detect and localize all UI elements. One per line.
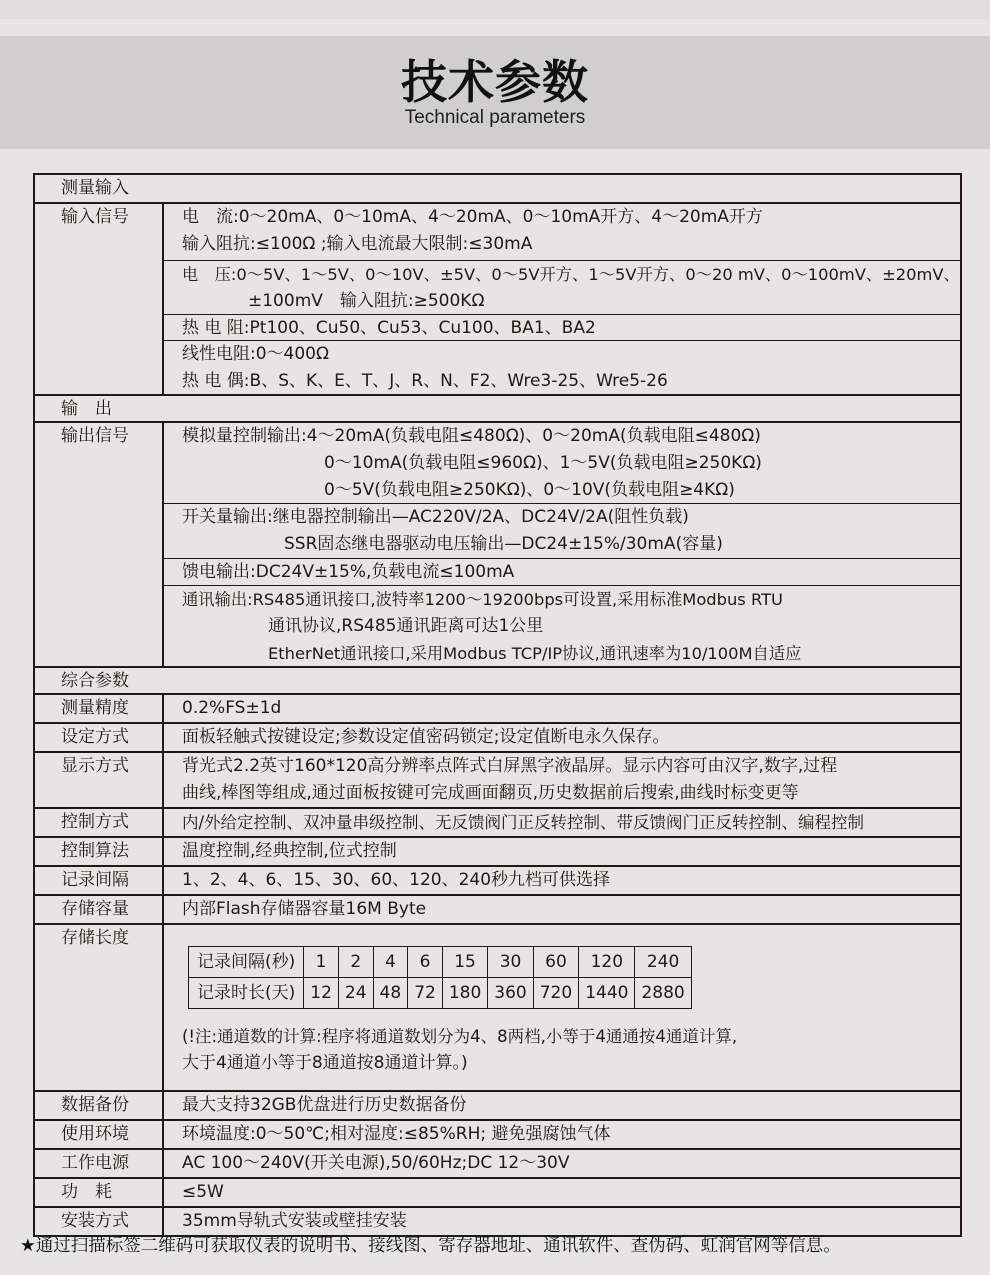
row-label: 功 耗 (35, 1179, 164, 1206)
text-line: 通讯协议,RS485通讯距离可达1公里 (182, 613, 960, 640)
text-line: 输入阻抗:≤100Ω ;输入电流最大限制:≤30mA (182, 231, 960, 258)
row-data-backup: 数据备份 最大支持32GB优盘进行历史数据备份 (35, 1090, 960, 1119)
row-label: 记录间隔 (35, 867, 164, 894)
text-line: EtherNet通讯接口,采用Modbus TCP/IP协议,通讯速率为10/1… (182, 640, 960, 667)
row-label: 控制算法 (35, 838, 164, 865)
table-cell: 2 (338, 947, 373, 978)
text-line: 0～5V(负载电阻≥250KΩ)、0～10V(负载电阻≥4KΩ) (182, 477, 960, 504)
text-line: 曲线,棒图等组成,通过面板按键可完成画面翻页,历史数据前后搜索,曲线时标变更等 (182, 780, 960, 807)
table-cell: 2880 (635, 978, 691, 1009)
page-subtitle: Technical parameters (0, 106, 990, 130)
text-line: 通讯输出:RS485通讯接口,波特率1200～19200bps可设置,采用标准M… (182, 586, 960, 613)
row-label: 使用环境 (35, 1121, 164, 1148)
table-cell: 12 (304, 978, 339, 1009)
row-value: 面板轻触式按键设定;参数设定值密码锁定;设定值断电永久保存。 (164, 724, 960, 751)
section-input: 测量输入 (35, 175, 960, 202)
row-label: 工作电源 (35, 1150, 164, 1177)
row-value: 模拟量控制输出:4～20mA(负载电阻≤480Ω)、0～20mA(负载电阻≤48… (164, 423, 960, 666)
row-label: 测量精度 (35, 695, 164, 722)
row-label: 设定方式 (35, 724, 164, 751)
row-control-mode: 控制方式 内/外给定控制、双冲量串级控制、无反馈阀门正反转控制、带反馈阀门正反转… (35, 807, 960, 836)
table-cell: 30 (488, 947, 533, 978)
section-general: 综合参数 (35, 666, 960, 693)
row-value: 温度控制,经典控制,位式控制 (164, 838, 960, 865)
text-line: 线性电阻:0～400Ω (182, 341, 960, 368)
text-line: SSR固态继电器驱动电压输出—DC24±15%/30mA(容量) (182, 531, 960, 558)
row-input-signal: 输入信号 电 流:0～20mA、0～10mA、4～20mA、0～10mA开方、4… (35, 202, 960, 394)
input-rtd-block: 热 电 阻:Pt100、Cu50、Cu53、Cu100、BA1、BA2 (164, 314, 960, 340)
table-cell: 1440 (579, 978, 635, 1009)
input-current-block: 电 流:0～20mA、0～10mA、4～20mA、0～10mA开方、4～20mA… (164, 204, 960, 260)
text-line: 热 电 偶:B、S、K、E、T、J、R、N、F2、Wre3-25、Wre5-26 (182, 368, 960, 395)
table-cell: 720 (533, 978, 578, 1009)
row-setting-mode: 设定方式 面板轻触式按键设定;参数设定值密码锁定;设定值断电永久保存。 (35, 722, 960, 751)
row-storage-capacity: 存储容量 内部Flash存储器容量16M Byte (35, 894, 960, 923)
row-label: 输出信号 (35, 423, 164, 666)
row-label: 显示方式 (35, 753, 164, 807)
table-cell: 72 (408, 978, 443, 1009)
row-power-supply: 工作电源 AC 100～240V(开关电源),50/60Hz;DC 12～30V (35, 1148, 960, 1177)
row-value: 电 流:0～20mA、0～10mA、4～20mA、0～10mA开方、4～20mA… (164, 204, 960, 394)
top-strip (0, 0, 990, 19)
input-tc-block: 线性电阻:0～400Ω 热 电 偶:B、S、K、E、T、J、R、N、F2、Wre… (164, 340, 960, 394)
text-line: 背光式2.2英寸160*120高分辨率点阵式白屏黑字液晶屏。显示内容可由汉字,数… (182, 753, 960, 780)
row-output-signal: 输出信号 模拟量控制输出:4～20mA(负载电阻≤480Ω)、0～20mA(负载… (35, 421, 960, 666)
text-line: 电 流:0～20mA、0～10mA、4～20mA、0～10mA开方、4～20mA… (182, 204, 960, 231)
output-comm-block: 通讯输出:RS485通讯接口,波特率1200～19200bps可设置,采用标准M… (164, 585, 960, 666)
row-display-mode: 显示方式 背光式2.2英寸160*120高分辨率点阵式白屏黑字液晶屏。显示内容可… (35, 751, 960, 807)
row-record-interval: 记录间隔 1、2、4、6、15、30、60、120、240秒九档可供选择 (35, 865, 960, 894)
table-cell: 1 (304, 947, 339, 978)
row-label: 控制方式 (35, 809, 164, 836)
spec-table: 测量输入 输入信号 电 流:0～20mA、0～10mA、4～20mA、0～10m… (33, 173, 962, 1237)
channel-note: (!注:通道数的计算:程序将通道数划分为4、8两档,小等于4通通按4通道计算, … (182, 1023, 960, 1077)
row-value: 记录间隔(秒) 1 2 4 6 15 30 60 120 240 记录时长(天)… (164, 925, 960, 1090)
table-cell: 48 (373, 978, 408, 1009)
table-row-interval: 记录间隔(秒) 1 2 4 6 15 30 60 120 240 (189, 947, 692, 978)
table-cell: 180 (442, 978, 487, 1009)
table-cell: 120 (579, 947, 635, 978)
row-label: 存储容量 (35, 896, 164, 923)
table-header-cell: 记录间隔(秒) (189, 947, 304, 978)
table-cell: 60 (533, 947, 578, 978)
footer-text: 通过扫描标签二维码可获取仪表的说明书、接线图、寄存器地址、通讯软件、查伪码、虹润… (36, 1236, 841, 1256)
text-line: (!注:通道数的计算:程序将通道数划分为4、8两档,小等于4通通按4通道计算, (182, 1023, 960, 1050)
table-cell: 240 (635, 947, 691, 978)
text-line: 热 电 阻:Pt100、Cu50、Cu53、Cu100、BA1、BA2 (182, 315, 960, 342)
row-value: 内/外给定控制、双冲量串级控制、无反馈阀门正反转控制、带反馈阀门正反转控制、编程… (164, 809, 960, 836)
text-line: 0～10mA(负载电阻≤960Ω)、1～5V(负载电阻≥250KΩ) (182, 450, 960, 477)
row-label: 存储长度 (35, 925, 164, 1090)
text-line: ±100mV 输入阻抗:≥500KΩ (182, 288, 960, 315)
row-label: 输入信号 (35, 204, 164, 394)
row-value: 环境温度:0～50℃;相对湿度:≤85%RH; 避免强腐蚀气体 (164, 1121, 960, 1148)
input-voltage-block: 电 压:0～5V、1～5V、0～10V、±5V、0～5V开方、1～5V开方、0～… (164, 260, 960, 314)
row-value: ≤5W (164, 1179, 960, 1206)
table-cell: 24 (338, 978, 373, 1009)
row-label: 数据备份 (35, 1092, 164, 1119)
text-line: 开关量输出:继电器控制输出—AC220V/2A、DC24V/2A(阻性负载) (182, 504, 960, 531)
page-title: 技术参数 (0, 54, 990, 110)
row-control-algorithm: 控制算法 温度控制,经典控制,位式控制 (35, 836, 960, 865)
table-cell: 6 (408, 947, 443, 978)
table-row-duration: 记录时长(天) 12 24 48 72 180 360 720 1440 288… (189, 978, 692, 1009)
row-value: 内部Flash存储器容量16M Byte (164, 896, 960, 923)
star-icon: ★ (20, 1236, 36, 1256)
row-value: 背光式2.2英寸160*120高分辨率点阵式白屏黑字液晶屏。显示内容可由汉字,数… (164, 753, 960, 807)
row-environment: 使用环境 环境温度:0～50℃;相对湿度:≤85%RH; 避免强腐蚀气体 (35, 1119, 960, 1148)
row-label: 安装方式 (35, 1208, 164, 1235)
text-line: 模拟量控制输出:4～20mA(负载电阻≤480Ω)、0～20mA(负载电阻≤48… (182, 423, 960, 450)
text-line: 馈电输出:DC24V±15%,负载电流≤100mA (182, 559, 960, 586)
output-analog-block: 模拟量控制输出:4～20mA(负载电阻≤480Ω)、0～20mA(负载电阻≤48… (164, 423, 960, 503)
output-switch-block: 开关量输出:继电器控制输出—AC220V/2A、DC24V/2A(阻性负载) S… (164, 503, 960, 558)
row-value: 1、2、4、6、15、30、60、120、240秒九档可供选择 (164, 867, 960, 894)
table-header-cell: 记录时长(天) (189, 978, 304, 1009)
table-cell: 15 (442, 947, 487, 978)
text-line: 电 压:0～5V、1～5V、0～10V、±5V、0～5V开方、1～5V开方、0～… (182, 261, 960, 288)
row-installation: 安装方式 35mm导轨式安装或壁挂安装 (35, 1206, 960, 1235)
row-value: AC 100～240V(开关电源),50/60Hz;DC 12～30V (164, 1150, 960, 1177)
row-value: 最大支持32GB优盘进行历史数据备份 (164, 1092, 960, 1119)
page-header: 技术参数 Technical parameters (0, 36, 990, 149)
record-duration-table: 记录间隔(秒) 1 2 4 6 15 30 60 120 240 记录时长(天)… (188, 946, 692, 1009)
table-cell: 360 (488, 978, 533, 1009)
row-accuracy: 测量精度 0.2%FS±1d (35, 693, 960, 722)
output-feed-block: 馈电输出:DC24V±15%,负载电流≤100mA (164, 558, 960, 585)
table-cell: 4 (373, 947, 408, 978)
row-value: 35mm导轨式安装或壁挂安装 (164, 1208, 960, 1235)
text-line: 大于4通道小等于8通道按8通道计算。) (182, 1050, 960, 1077)
section-output: 输 出 (35, 394, 960, 421)
footer-note: ★通过扫描标签二维码可获取仪表的说明书、接线图、寄存器地址、通讯软件、查伪码、虹… (20, 1232, 841, 1257)
row-power-consumption: 功 耗 ≤5W (35, 1177, 960, 1206)
row-storage-length: 存储长度 记录间隔(秒) 1 2 4 6 15 30 60 120 240 记录… (35, 923, 960, 1090)
row-value: 0.2%FS±1d (164, 695, 960, 722)
